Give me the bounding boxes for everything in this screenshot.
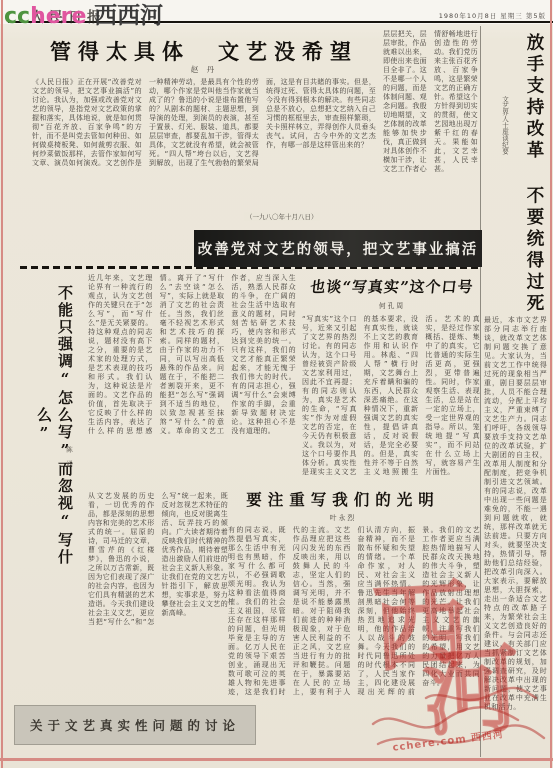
masthead-dateline: 1980年10月8日 星期三 第5版 bbox=[330, 11, 546, 20]
watermark-site-name: 西西河 bbox=[94, 2, 163, 29]
discussion-series-box: 关于文艺真实性问题的讨论 bbox=[14, 705, 256, 745]
truth-article-byline: 何孔周 bbox=[304, 300, 480, 310]
reform-article-body: 最近，本市文艺界部分同志举行座谈，就改革文艺体制问题交换了意见。大家认为，当前文… bbox=[484, 316, 547, 754]
left-article-vertical-title: 不能只强调“怎么写”而忽视“写什么” bbox=[28, 274, 76, 576]
main-article-body-continued: 层层把关，层层审批，作品就难以出来，即使出来也面目全非了。这不是哪一个人的问题，… bbox=[383, 30, 478, 228]
light-article-title: 要注重写我们的光明 bbox=[234, 488, 452, 510]
truth-article-body: “写真实”这个口号，近来又引起了文艺界的热烈讨论。有的同志认为，这个口号曾经被资… bbox=[302, 315, 480, 488]
newspaper-page: 人民日报 1980年10月8日 星期三 第5版 cchere 西西河 管得太具体… bbox=[0, 0, 553, 768]
truth-article-title: 也谈“写真实”这个口号 bbox=[303, 276, 481, 297]
main-article-headline: 管得太具体 文艺没希望 bbox=[32, 36, 376, 66]
scan-frame-right bbox=[550, 0, 552, 768]
cchere-watermark: cchere 西西河 bbox=[4, 0, 163, 30]
light-article-byline: 叶永烈 bbox=[234, 512, 452, 522]
reform-article-byline: 文艺界人士座谈纪要 bbox=[497, 96, 510, 256]
left-article-byline: 陈 涌 bbox=[62, 446, 74, 530]
sidebar-column-rule bbox=[480, 26, 481, 757]
scan-frame-bottom bbox=[0, 758, 553, 761]
watermark-cc: cc bbox=[4, 4, 30, 29]
main-article-byline: 赵 丹 bbox=[32, 64, 376, 75]
scan-frame-left bbox=[1, 0, 3, 768]
main-article-date-sign: （一九八〇年十月八日） bbox=[244, 212, 320, 221]
discussion-banner: 改善党对文艺的领导，把文艺事业搞活 bbox=[194, 230, 482, 267]
light-article-body: 有的同志说，既然提倡写真实，那么生活中有光明也有黑暗，作家写什么都可以，不必强调… bbox=[228, 526, 480, 756]
left-article-body-continued: 从文艺发展的历史看，一切优秀的作品，都是深刻的思想内容和完美的艺术形式的统一。屈… bbox=[88, 492, 228, 704]
left-article-body: 近几年来，文艺理论界有一种流行的观点，认为文艺创作的关键只在于“怎么写”，而“写… bbox=[88, 274, 296, 486]
watermark-here: here bbox=[30, 4, 86, 29]
reform-article-vertical-title: 放手支持改革 不要统得过死 bbox=[511, 30, 547, 318]
